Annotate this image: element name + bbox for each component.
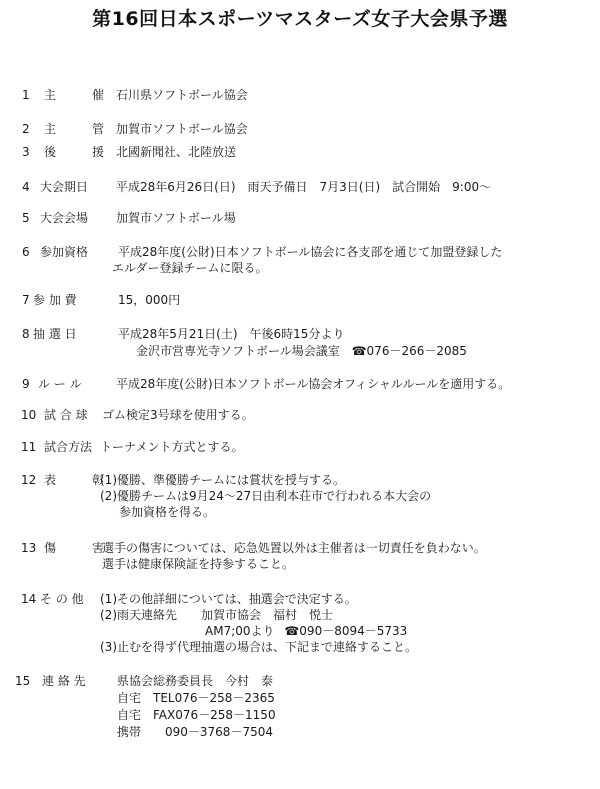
item-value: 石川県ソフトボール協会 [116,88,248,102]
item-label-support: 後 援 [44,145,104,159]
item-number: 1 [22,88,30,102]
item-value: 加賀市ソフトボール協会 [116,122,248,136]
item-value: 参加資格を得る。 [119,505,215,519]
item-value: エルダー登録チームに限る。 [112,261,268,275]
item-value: (1)その他詳細については、抽選会で決定する。 [100,592,357,606]
item-value: 平成28年6月26日(日) 雨天予備日 7月3日(日) 試合開始 9:00～ [116,180,491,194]
item-value: 平成28年度(公財)日本ソフトボール協会オフィシャルルールを適用する。 [116,377,510,391]
item-value: 平成28年度(公財)日本ソフトボール協会に各支部を通じて加盟登録した [118,245,502,259]
item-label-host: 主 管 [44,122,104,136]
item-label-format: 試合方法 [44,440,92,454]
item-value: 平成28年5月21日(土) 午後6時15分より [118,327,344,341]
phone-icon: ☎ [284,624,299,638]
lottery-phone: 076－266－2085 [367,344,467,358]
item-value: トーナメント方式とする。 [100,440,244,454]
item-number: 11 [21,440,36,454]
rain-contact-time: AM7;00より [205,624,275,638]
item-number: 6 [22,245,30,259]
item-value: 選手の傷害については、応急処置以外は主催者は一切責任を負わない。 [102,541,486,555]
item-number: 7 [22,293,30,307]
item-value: (3)止むを得ず代理抽選の場合は、下記まで連絡すること。 [100,640,417,654]
item-number: 10 [21,408,36,422]
item-label-contact: 連 絡 先 [42,674,86,688]
item-label-awards: 表 彰 [44,473,104,487]
item-label-organizer: 主 催 [44,88,104,102]
lottery-place: 金沢市営専光寺ソフトボール場会議室 [136,344,340,358]
item-label-ball: 試 合 球 [44,408,88,422]
item-value: 15，000円 [118,293,180,307]
item-label-lottery: 抽 選 日 [33,327,77,341]
item-number: 4 [22,180,30,194]
item-value: 自宅 FAX076－258－1150 [117,708,276,722]
item-value: (2)優勝チームは9月24～27日由利本荘市で行われる本大会の [100,489,431,503]
phone-icon: ☎ [352,344,367,358]
item-value: (1)優勝、準優勝チームには賞状を授与する。 [100,473,345,487]
item-number: 15 [15,674,30,688]
item-value: (2)雨天連絡先 加賀市協会 福村 悦士 [100,608,333,622]
item-value: ゴム検定3号球を使用する。 [102,408,254,422]
item-number: 3 [22,145,30,159]
item-value: 携帯 090－3768－7504 [117,725,273,739]
item-value: 自宅 TEL076－258－2365 [117,691,275,705]
item-label-other: そ の 他 [40,592,84,606]
item-value: 金沢市営専光寺ソフトボール場会議室 ☎076－266－2085 [136,344,467,358]
item-number: 12 [21,473,36,487]
item-number: 8 [22,327,30,341]
item-label-eligibility: 参加資格 [40,245,88,259]
item-label-date: 大会期日 [40,180,88,194]
item-value: 加賀市ソフトボール場 [116,211,236,225]
item-label-injury: 傷 害 [44,541,104,555]
item-number: 14 [21,592,36,606]
item-number: 9 [22,377,30,391]
item-value: AM7;00より ☎090－8094－5733 [205,624,407,638]
item-label-fee: 参 加 費 [33,293,77,307]
item-value: 選手は健康保険証を持参すること。 [102,557,294,571]
document-title: 第16回日本スポーツマスターズ女子大会県予選 [0,4,600,31]
item-label-rules: ル ー ル [38,377,82,391]
rain-contact-phone: 090－8094－5733 [299,624,407,638]
item-number: 2 [22,122,30,136]
item-number: 13 [21,541,36,555]
item-label-venue: 大会会場 [40,211,88,225]
item-value: 北國新聞社、北陸放送 [116,145,236,159]
item-number: 5 [22,211,30,225]
item-value: 県協会総務委員長 今村 泰 [117,674,273,688]
